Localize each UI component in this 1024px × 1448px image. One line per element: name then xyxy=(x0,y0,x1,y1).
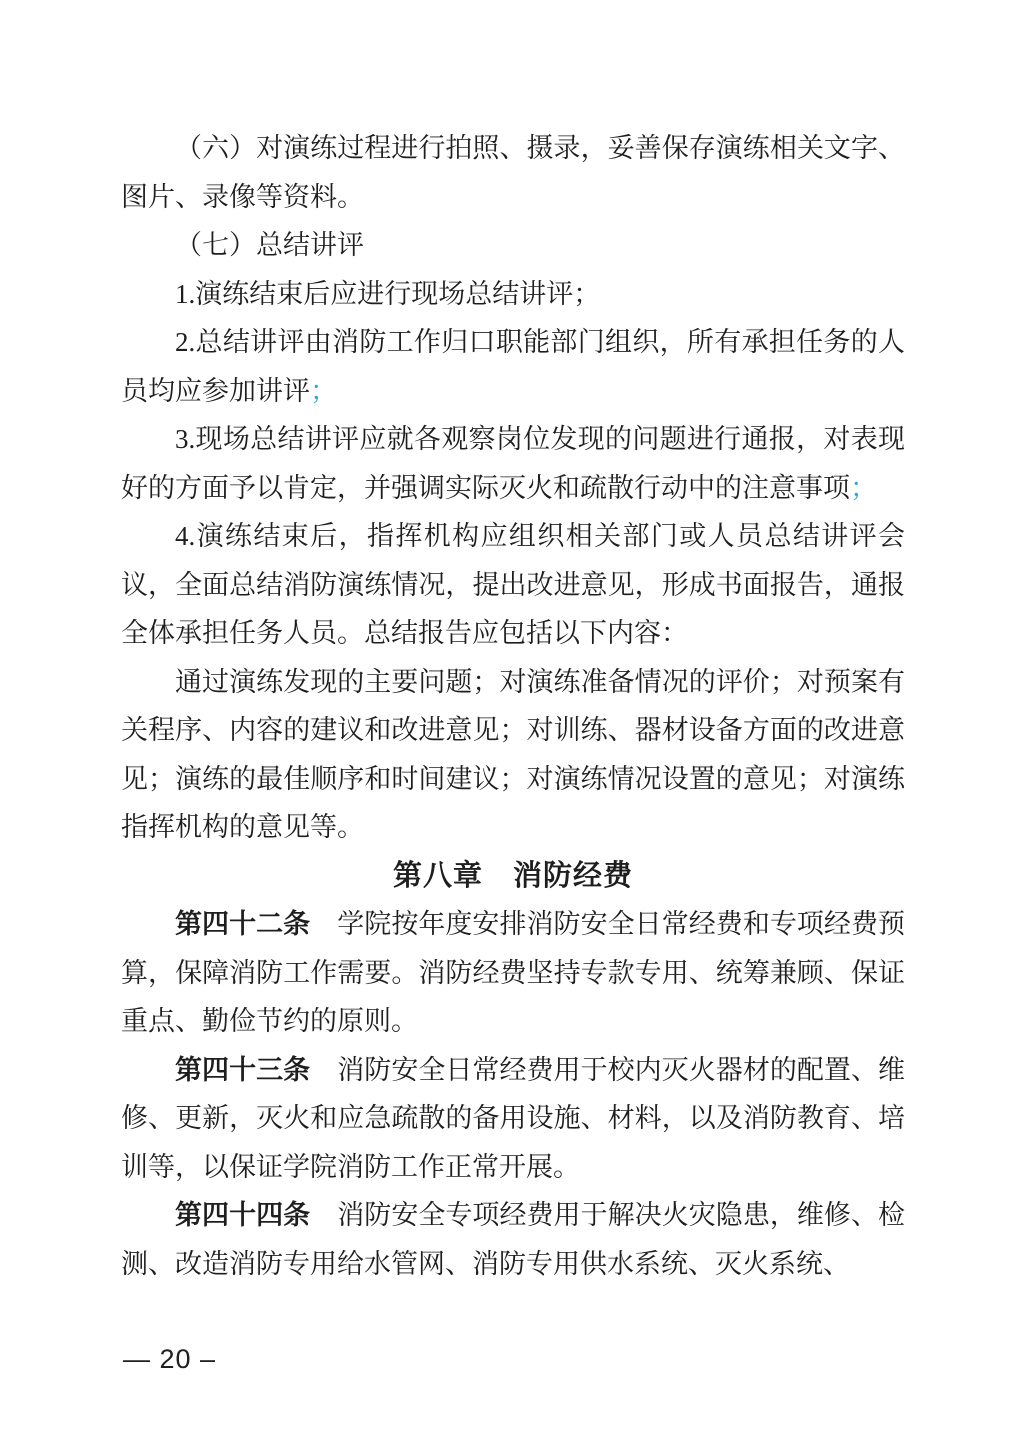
body-text: 4.演练结束后，指挥机构应组织相关部门或人员总结讲评会议，全面总结消防演练情况，… xyxy=(121,521,905,648)
accent-punctuation: ； xyxy=(310,376,337,406)
chapter-heading: 第八章 消防经费 xyxy=(121,852,905,901)
document-body: （六）对演练过程进行拍照、摄录，妥善保存演练相关文字、图片、录像等资料。（七）总… xyxy=(121,124,905,1288)
body-text: （六）对演练过程进行拍照、摄录，妥善保存演练相关文字、图片、录像等资料。 xyxy=(121,133,905,212)
body-text: 通过演练发现的主要问题；对演练准备情况的评价；对预案有关程序、内容的建议和改进意… xyxy=(121,667,905,843)
paragraph: 3.现场总结讲评应就各观察岗位发现的问题进行通报，对表现好的方面予以肯定，并强调… xyxy=(121,415,905,512)
page-number: — 20 – xyxy=(123,1344,216,1375)
body-text: 2.总结讲评由消防工作归口职能部门组织，所有承担任务的人员均应参加讲评 xyxy=(121,327,905,406)
body-text: 1.演练结束后应进行现场总结讲评； xyxy=(175,279,600,309)
emphasis-text: 第四十四条 xyxy=(175,1200,310,1230)
paragraph: 第四十二条 学院按年度安排消防安全日常经费和专项经费预算，保障消防工作需要。消防… xyxy=(121,900,905,1046)
paragraph: 第四十四条 消防安全专项经费用于解决火灾隐患，维修、检测、改造消防专用给水管网、… xyxy=(121,1191,905,1288)
paragraph: 1.演练结束后应进行现场总结讲评； xyxy=(121,270,905,319)
emphasis-text: 第四十二条 xyxy=(175,909,310,939)
emphasis-text: 第八章 消防经费 xyxy=(393,860,633,892)
paragraph: 第四十三条 消防安全日常经费用于校内灭火器材的配置、维修、更新，灭火和应急疏散的… xyxy=(121,1046,905,1192)
body-text: 3.现场总结讲评应就各观察岗位发现的问题进行通报，对表现好的方面予以肯定，并强调… xyxy=(121,424,905,503)
paragraph: 4.演练结束后，指挥机构应组织相关部门或人员总结讲评会议，全面总结消防演练情况，… xyxy=(121,512,905,658)
body-text: （七）总结讲评 xyxy=(175,230,364,260)
document-page: （六）对演练过程进行拍照、摄录，妥善保存演练相关文字、图片、录像等资料。（七）总… xyxy=(0,0,1024,1448)
accent-punctuation: ； xyxy=(850,473,877,503)
emphasis-text: 第四十三条 xyxy=(175,1055,310,1085)
paragraph: 2.总结讲评由消防工作归口职能部门组织，所有承担任务的人员均应参加讲评； xyxy=(121,318,905,415)
paragraph: （六）对演练过程进行拍照、摄录，妥善保存演练相关文字、图片、录像等资料。 xyxy=(121,124,905,221)
paragraph: （七）总结讲评 xyxy=(121,221,905,270)
paragraph: 通过演练发现的主要问题；对演练准备情况的评价；对预案有关程序、内容的建议和改进意… xyxy=(121,658,905,852)
